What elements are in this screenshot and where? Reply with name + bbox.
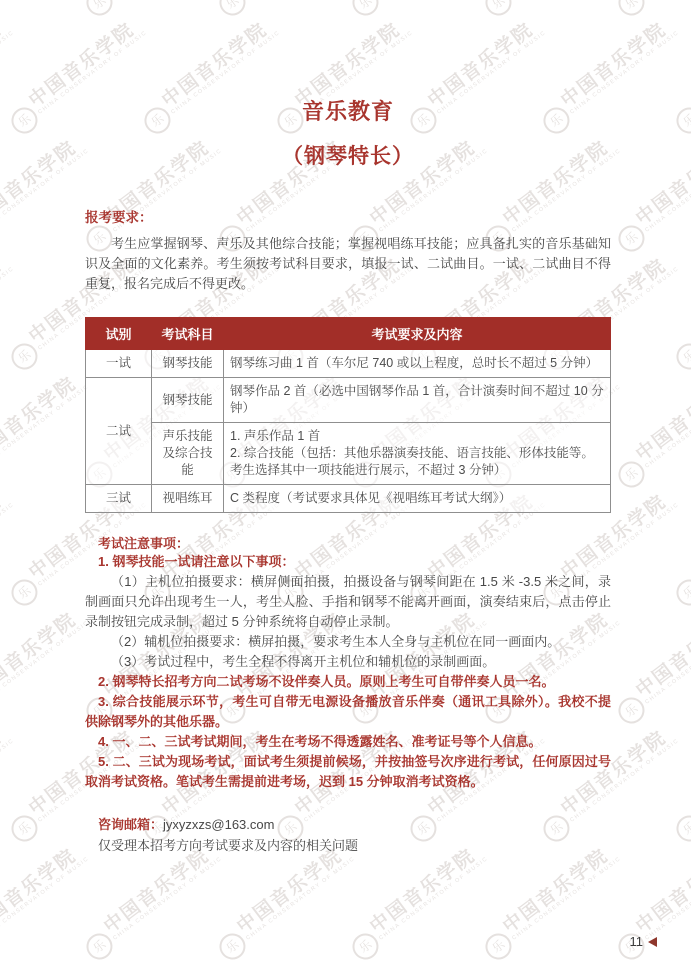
watermark-en-text: CHINA CONSERVATORY OF MUSIC (113, 856, 224, 942)
conservatory-seal-icon: 乐 (214, 928, 250, 964)
contact-email: jyxyzxzs@163.com (163, 817, 274, 832)
notes-heading: 考试注意事项： (85, 513, 611, 552)
note-item-2: 2. 钢琴特长招考方向二试考场不设伴奏人员。原则上考生可自带伴奏人员一名。 (85, 672, 611, 692)
watermark-logo: 乐中国音乐学院CHINA CONSERVATORY OF MUSIC (226, 934, 390, 960)
note-item-1-sub-2: （2）辅机位拍摄要求：横屏拍摄，要求考生本人全身与主机位在同一画面内。 (85, 632, 611, 652)
col-header-content: 考试要求及内容 (224, 318, 611, 350)
contact-line: 咨询邮箱：jyxyzxzs@163.com (85, 814, 611, 835)
cell-subject: 钢琴技能 (152, 378, 224, 423)
cell-round: 三试 (86, 485, 152, 513)
note-item-1-sub-3: （3）考试过程中，考生全程不得离开主机位和辅机位的录制画面。 (85, 652, 611, 672)
table-header-row: 试别 考试科目 考试要求及内容 (86, 318, 611, 350)
cell-round: 二试 (86, 378, 152, 485)
table-row: 二试 钢琴技能 钢琴作品 2 首（必选中国钢琴作品 1 首，合计演奏时间不超过 … (86, 378, 611, 423)
watermark-logo: 乐中国音乐学院CHINA CONSERVATORY OF MUSIC (93, 934, 257, 960)
page-content: 音乐教育 （钢琴特长） 报考要求： 考生应掌握钢琴、声乐及其他综合技能；掌握视唱… (0, 0, 691, 856)
col-header-round: 试别 (86, 318, 152, 350)
note-item-1: 1. 钢琴技能一试请注意以下事项： (85, 552, 611, 572)
page-subtitle: （钢琴特长） (85, 126, 611, 170)
watermark-logo: 乐中国音乐学院CHINA CONSERVATORY OF MUSIC (359, 934, 523, 960)
cell-subject: 钢琴技能 (152, 350, 224, 378)
table-row: 声乐技能 及综合技能 1. 声乐作品 1 首 2. 综合技能（包括：其他乐器演奏… (86, 423, 611, 485)
document-page: 乐中国音乐学院CHINA CONSERVATORY OF MUSIC乐中国音乐学… (0, 0, 691, 977)
col-header-subject: 考试科目 (152, 318, 224, 350)
conservatory-seal-icon: 乐 (347, 928, 383, 964)
table-row: 三试 视唱练耳 C 类程度（考试要求具体见《视唱练耳考试大纲》） (86, 485, 611, 513)
note-item-1-sub-1: （1）主机位拍摄要求：横屏侧面拍摄，拍摄设备与钢琴间距在 1.5 米 -3.5 … (85, 572, 611, 632)
cell-subject: 视唱练耳 (152, 485, 224, 513)
requirements-body: 考生应掌握钢琴、声乐及其他综合技能；掌握视唱练耳技能；应具备扎实的音乐基础知识及… (85, 226, 611, 294)
cell-content: 钢琴作品 2 首（必选中国钢琴作品 1 首，合计演奏时间不超过 10 分钟） (224, 378, 611, 423)
cell-content: 钢琴练习曲 1 首（车尔尼 740 或以上程度，总时长不超过 5 分钟） (224, 350, 611, 378)
note-item-4: 4. 一、二、三试考试期间，考生在考场不得透露姓名、准考证号等个人信息。 (85, 732, 611, 752)
cell-content: C 类程度（考试要求具体见《视唱练耳考试大纲》） (224, 485, 611, 513)
page-number: 11 (630, 934, 658, 949)
page-title: 音乐教育 (85, 0, 611, 126)
page-corner-triangle-icon (648, 937, 657, 947)
cell-subject: 声乐技能 及综合技能 (152, 423, 224, 485)
watermark-en-text: CHINA CONSERVATORY OF MUSIC (246, 856, 357, 942)
note-item-3: 3. 综合技能展示环节，考生可自带无电源设备播放音乐伴奏（通讯工具除外）。我校不… (85, 692, 611, 732)
watermark-en-text: CHINA CONSERVATORY OF MUSIC (512, 856, 623, 942)
watermark-en-text: CHINA CONSERVATORY OF MUSIC (0, 856, 91, 942)
watermark-en-text: CHINA CONSERVATORY OF MUSIC (379, 856, 490, 942)
watermark-en-text: CHINA CONSERVATORY OF MUSIC (645, 856, 691, 942)
note-item-5: 5. 二、三试为现场考试，面试考生须提前候场，并按抽签号次序进行考试，任何原因过… (85, 752, 611, 792)
watermark-logo: 乐中国音乐学院CHINA CONSERVATORY OF MUSIC (0, 934, 124, 960)
cell-content: 1. 声乐作品 1 首 2. 综合技能（包括：其他乐器演奏技能、语言技能、形体技… (224, 423, 611, 485)
cell-round: 一试 (86, 350, 152, 378)
page-number-value: 11 (630, 934, 644, 949)
contact-label: 咨询邮箱： (98, 817, 163, 832)
conservatory-seal-icon: 乐 (480, 928, 516, 964)
table-row: 一试 钢琴技能 钢琴练习曲 1 首（车尔尼 740 或以上程度，总时长不超过 5… (86, 350, 611, 378)
exam-table: 试别 考试科目 考试要求及内容 一试 钢琴技能 钢琴练习曲 1 首（车尔尼 74… (85, 317, 611, 513)
contact-block: 咨询邮箱：jyxyzxzs@163.com 仅受理本招考方向考试要求及内容的相关… (85, 792, 611, 856)
conservatory-seal-icon: 乐 (81, 928, 117, 964)
contact-note: 仅受理本招考方向考试要求及内容的相关问题 (85, 835, 611, 856)
requirements-heading: 报考要求： (85, 170, 611, 226)
